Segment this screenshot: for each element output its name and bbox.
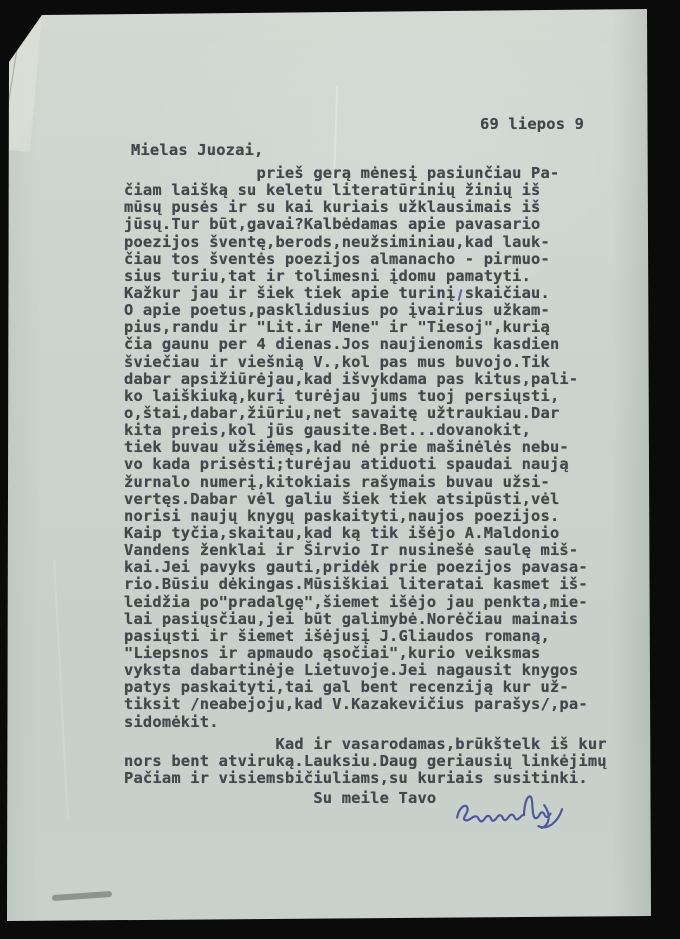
letter-line: O apie poetus,pasklidusius po įvairius u…	[124, 302, 634, 319]
letter-line: nors bent atviruką.Lauksiu.Daug geriausi…	[124, 753, 634, 770]
letter-line: prieš gerą mėnesį pasiunčiau Pa-	[124, 165, 634, 182]
letter-line: čiam laišką su keletu literatūrinių žini…	[124, 182, 634, 199]
letter-line: jūsų.Tur būt,gavai?Kalbėdamas apie pavas…	[124, 216, 634, 233]
letter-line: Kad ir vasarodamas,brūkštelk iš kur	[124, 736, 634, 753]
letter-salutation: Mielas Juozai,	[131, 141, 264, 159]
scan-edge-artifact	[656, 150, 658, 790]
letter-line: patys paskaityti,tai gal bent recenziją …	[124, 679, 634, 696]
letter-line: pasiųsti ir šiemet išėjusį J.Gliaudos ro…	[124, 628, 634, 645]
letter-line: šviečiau ir viešnią V.,kol pas mus buvoj…	[124, 354, 634, 371]
letter-line: vo kada prisėsti;turėjau atiduoti spauda…	[124, 456, 634, 473]
letter-line: tiksit /neabejoju,kad V.Kazakevičius par…	[124, 696, 634, 713]
letter-line: čia gaunu per 4 dienas.Jos naujienomis k…	[124, 336, 634, 353]
paper-fold-corner	[0, 0, 120, 180]
letter-line: sidomėkit.	[124, 714, 634, 731]
letter-line: lai pasiųsčiau,jei būt galimybė.Norėčiau…	[124, 611, 634, 628]
letter-line: čiau tos šventės poezijos almanacho - pi…	[124, 251, 634, 268]
letter-line: rio.Būsiu dėkingas.Mūsiškiai literatai k…	[124, 576, 634, 593]
letter-line: sius turiu,tat ir tolimesni įdomu pamaty…	[124, 268, 634, 285]
letter-line: norisi naujų knygų paskaityti,naujos poe…	[124, 508, 634, 525]
letter-line: dabar apsižiūrėjau,kad išvykdama pas kit…	[124, 371, 634, 388]
letter-line: vertęs.Dabar vėl galiu šiek tiek atsipūs…	[124, 491, 634, 508]
letter-line: vyksta dabartinėje Lietuvoje.Jei nagausi…	[124, 662, 634, 679]
letter-line: "Liepsnos ir apmaudo ąsočiai",kurio veik…	[124, 645, 634, 662]
letter-line: žurnalo numerį,kitokiais rašymais buvau …	[124, 474, 634, 491]
letter-body: prieš gerą mėnesį pasiunčiau Pa-čiam lai…	[124, 165, 634, 807]
letter-line: ko laiškiuką,kurį turėjau jums tuoj pers…	[124, 388, 634, 405]
letter-line: leidžia po"pradalgę",šiemet išėjo jau pe…	[124, 594, 634, 611]
letter-line: kita preis,kol jūs gausite.Bet...dovanok…	[124, 422, 634, 439]
letter-line: mūsų pusės ir su kai kuriais užklausimai…	[124, 199, 634, 216]
letter-date: 69 liepos 9	[480, 115, 584, 133]
letter-paragraph-1: prieš gerą mėnesį pasiunčiau Pa-čiam lai…	[124, 165, 634, 731]
letter-line: kai.Jei pavyks gauti,pridėk prie poezijo…	[124, 559, 634, 576]
letter-line: Vandens ženklai ir Širvio Ir nusinešė sa…	[124, 542, 634, 559]
paper-crease	[53, 560, 69, 820]
letter-paper: 69 liepos 9 Mielas Juozai, prieš gerą mė…	[0, 0, 680, 939]
scanned-letter: 69 liepos 9 Mielas Juozai, prieš gerą mė…	[0, 0, 680, 939]
paper-scuff-mark	[52, 891, 112, 901]
letter-line: poezijos šventę,berods,neužsiminiau,kad …	[124, 234, 634, 251]
handwritten-signature	[448, 781, 569, 839]
letter-line: o,štai,dabar,žiūriu,net savaitę užtrauki…	[124, 405, 634, 422]
letter-line: Kažkur jau ir šiek tiek apie turinį skai…	[124, 285, 634, 302]
letter-line: pius,randu ir "Lit.ir Mene" ir "Tiesoj",…	[124, 319, 634, 336]
letter-paragraph-2: Kad ir vasarodamas,brūkštelk iš kurnors …	[124, 736, 634, 787]
letter-line: tiek buvau užsiėmęs,kad nė prie mašinėlė…	[124, 439, 634, 456]
letter-line: Kaip tyčia,skaitau,kad ką tik išėjo A.Ma…	[124, 525, 634, 542]
